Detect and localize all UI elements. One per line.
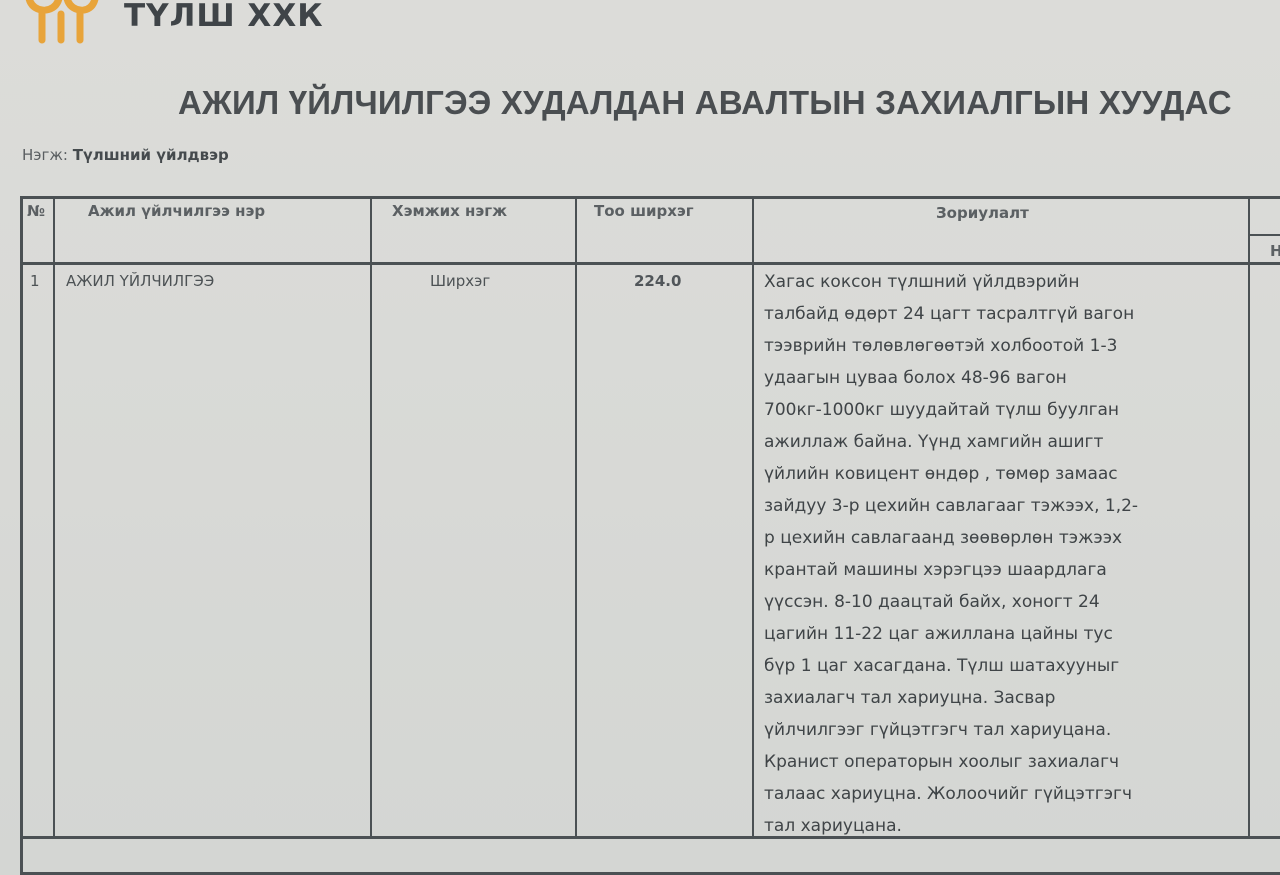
row-quantity: 224.0 [634, 272, 681, 290]
purpose-line: Кранист операторын хоолыг захиалагч [764, 746, 1254, 778]
col-divider-1 [53, 196, 55, 838]
purpose-line: 700кг-1000кг шуудайтай түлш буулган [764, 394, 1254, 426]
purpose-line: крантай машины хэрэгцээ шаардлага [764, 554, 1254, 586]
unit-line: Нэгж: Түлшний үйлдвэр [22, 146, 229, 164]
row-unit: Ширхэг [430, 272, 490, 290]
col-header-no: № [27, 202, 45, 220]
header-subdivider [1248, 234, 1280, 236]
col-header-quantity: Тоо ширхэг [594, 202, 694, 220]
table-header-bottom [20, 262, 1280, 265]
purpose-line: ажиллаж байна. Үүнд хамгийн ашигт [764, 426, 1254, 458]
document-page: ТҮЛШ ХХК АЖИЛ ҮЙЛЧИЛГЭЭ ХУДАЛДАН АВАЛТЫН… [0, 0, 1280, 875]
purpose-line: үүссэн. 8-10 даацтай байх, хоногт 24 [764, 586, 1254, 618]
row-no: 1 [30, 272, 40, 290]
unit-value: Түлшний үйлдвэр [73, 146, 229, 164]
unit-label: Нэгж: [22, 146, 68, 164]
purpose-line: цагийн 11-22 цаг ажиллана цайны тус [764, 618, 1254, 650]
col-divider-4 [752, 196, 754, 838]
purpose-line: зайдуу 3-р цехийн савлагааг тэжээх, 1,2- [764, 490, 1254, 522]
document-title: АЖИЛ ҮЙЛЧИЛГЭЭ ХУДАЛДАН АВАЛТЫН ЗАХИАЛГЫ… [178, 84, 1232, 122]
purpose-line: удаагын цуваа болох 48-96 вагон [764, 362, 1254, 394]
purpose-line: талбайд өдөрт 24 цагт тасралтгүй вагон [764, 298, 1254, 330]
row-purpose: Хагас коксон түлшний үйлдвэрийнталбайд ө… [764, 266, 1254, 842]
purpose-line: захиалагч тал хариуцна. Засвар [764, 682, 1254, 714]
company-name: ТҮЛШ ХХК [124, 0, 324, 34]
company-logo-icon [22, 0, 102, 44]
col-header-extra: Н [1270, 242, 1280, 260]
col-divider-3 [575, 196, 577, 838]
table-border-left [20, 196, 23, 875]
purpose-line: тээврийн төлөвлөгөөтэй холбоотой 1-3 [764, 330, 1254, 362]
col-header-service-name: Ажил үйлчилгээ нэр [88, 202, 265, 220]
col-header-unit: Хэмжих нэгж [392, 202, 507, 220]
purpose-line: Хагас коксон түлшний үйлдвэрийн [764, 266, 1254, 298]
col-header-purpose: Зориулалт [936, 204, 1029, 222]
purpose-line: үйлчилгээг гүйцэтгэгч тал хариуцана. [764, 714, 1254, 746]
col-divider-2 [370, 196, 372, 838]
purpose-line: р цехийн савлагаанд зөөвөрлөн тэжээх [764, 522, 1254, 554]
purpose-line: тал хариуцана. [764, 810, 1254, 842]
purpose-line: талаас хариуцна. Жолоочийг гүйцэтгэгч [764, 778, 1254, 810]
row-service-name: АЖИЛ ҮЙЛЧИЛГЭЭ [66, 272, 214, 290]
purpose-line: бүр 1 цаг хасагдана. Түлш шатахууныг [764, 650, 1254, 682]
table-border-top [20, 196, 1280, 199]
purpose-line: үйлийн ковицент өндөр , төмөр замаас [764, 458, 1254, 490]
